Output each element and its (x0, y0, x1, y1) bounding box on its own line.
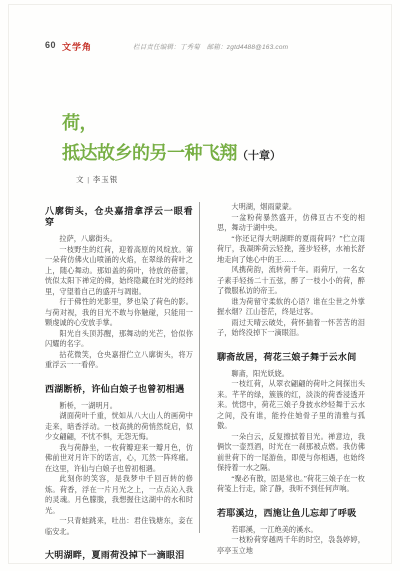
body-paragraph: 断桥，一湖明月。 (45, 401, 193, 412)
body-paragraph: 我与荷静坐，一枚荷瓣迎来一瓣月色，仿佛前世对月许下的诺言，心，兀然一阵疼痛。在这… (45, 443, 193, 475)
editor-contact-line: 栏目责任编辑：丁秀菊 邮箱：zgtd4488@163.com (133, 42, 288, 51)
body-paragraph: 一盆粉荷暴然盛开，仿佛亘古不变的相思，舞动于湖中央。 (217, 213, 365, 234)
article-title-line1: 荷， (62, 108, 281, 138)
body-paragraph: “聚必有散，固是常也。”荷花三娘子在一枚荷笺上行走，除了静，我听不到任何声响。 (217, 474, 365, 495)
body-paragraph: 聊斋，阳光妖娆。 (217, 369, 365, 380)
article-title-suffix: （十章） (237, 150, 281, 162)
body-paragraph: 一枝红荷，从翠衣翩翩的荷叶之间探出头来。芊芊的绿，簇簇的红，淡淡的荷香浸透开来。… (217, 379, 365, 432)
page-number: 60 (45, 40, 56, 50)
column-section-name: 文学角 (62, 40, 92, 53)
body-paragraph: “你还记得大明湖畔的夏雨荷吗？”伫立雨荷厅，我凝眸荷云轻挽，莲步轻移，水袖长舒地… (217, 234, 365, 266)
article-title-main: 抵达故乡的另一种飞翔 (62, 143, 237, 163)
body-paragraph: 湖面荷叶千重，恍如从八大山人的画荷中走来，暗香浮动。一枝高挑的荷悄然绽启，似少女… (45, 411, 193, 443)
body-paragraph: 谁为荷留守柔软的心语？谁在尘世之外掌握水烟？江山苍茫，终是过客。 (217, 297, 365, 318)
section-heading: 若耶溪边，西施让鱼儿忘却了呼吸 (217, 508, 365, 519)
body-paragraph: 拈花微笑，仓央嘉措伫立八廓街头，将万重浮云一一看停。 (45, 350, 193, 371)
article-title: 荷， 抵达故乡的另一种飞翔（十章） (62, 108, 281, 171)
body-paragraph: 若耶溪，一江绝美的溪水。 (217, 525, 365, 536)
body-paragraph: 阳光自头顶苏醒，那舞动的光芒，恰似你闪耀的名字。 (45, 329, 193, 350)
article-title-line2: 抵达故乡的另一种飞翔（十章） (62, 138, 281, 171)
section-heading: 聊斋故居，荷花三娘子舞于云水间 (217, 352, 365, 363)
magazine-page: 60 文学角 栏目责任编辑：丁秀菊 邮箱：zgtd4488@163.com 荷，… (0, 0, 400, 571)
section-heading: 八廓街头，仓央嘉措拿浮云一眼看穿 (45, 206, 193, 228)
section-heading: 大明湖畔，夏雨荷没掉下一滴眼泪 (45, 550, 193, 561)
body-paragraph: 行于佛性的光影里，梦也染了荷色的影。与荷对视，我的目光不敢与你触碰，只能用一颗虔… (45, 297, 193, 329)
right-column: 大明湖，烟雨蒙蒙。 一盆粉荷暴然盛开，仿佛亘古不变的相思，舞动于湖中央。 “你还… (217, 202, 365, 567)
body-paragraph: 此刻你的笑容，是我梦中千回百转的修炼。荷香，浮在一片月光之上，一点点沁入我的灵魂… (45, 474, 193, 516)
body-paragraph: 拉萨，八廓街头。 (45, 234, 193, 245)
body-paragraph: 一朵白云，反复擦拭着目光。禅意边，我俩饮一壶烈酒，时光在一刹那被点燃。我仿佛前世… (217, 432, 365, 474)
body-paragraph: 一枝粉荷穿越两千年的时空，袅袅婷婷，亭亭玉立地 (217, 535, 365, 556)
section-heading: 西湖断桥，许仙白娘子也曾初相遇 (45, 384, 193, 395)
page-header: 60 文学角 栏目责任编辑：丁秀菊 邮箱：zgtd4488@163.com (45, 40, 370, 52)
body-paragraph: 大明湖，烟雨蒙蒙。 (217, 202, 365, 213)
body-paragraph: 一枝野生的红荷，迎着高原的风绽放。第一朵荷仿佛火山喷涌的火焰，在翠绿的荷叶之上，… (45, 245, 193, 298)
article-body: 八廓街头，仓央嘉措拿浮云一眼看穿 拉萨，八廓街头。 一枝野生的红荷，迎着高原的风… (45, 202, 365, 567)
article-author: 文 | 李玉银 (76, 174, 118, 185)
body-paragraph: 雨过天晴云破处，荷怀揣着一怀苦苦的泪子，始终没掉下一滴眼泪。 (217, 318, 365, 339)
body-paragraph: 风携荷韵，流转荷千年。雨荷厅，一名女子素手轻扬二十五弦，醉了一枝小小的荷，醉了微… (217, 265, 365, 297)
body-paragraph: 一只青蛙跳来，吐出：君住钱塘东，妾在临安北。 (45, 516, 193, 537)
left-column: 八廓街头，仓央嘉措拿浮云一眼看穿 拉萨，八廓街头。 一枝野生的红荷，迎着高原的风… (45, 202, 193, 567)
